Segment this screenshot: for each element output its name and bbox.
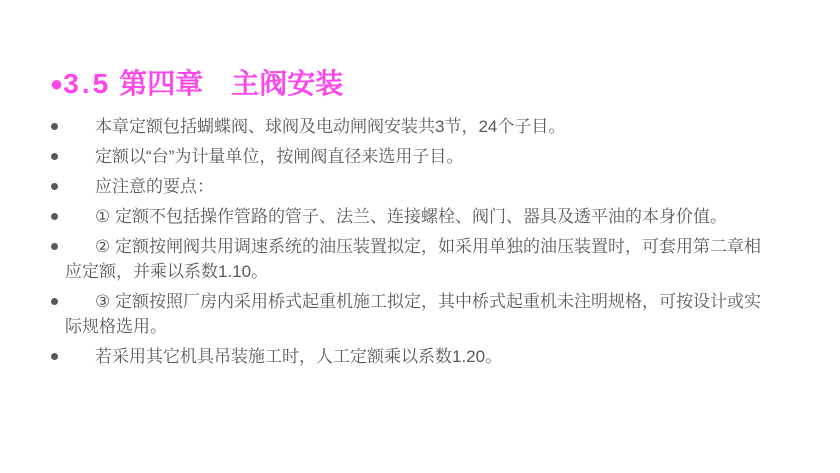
- bullet-dot-icon: [51, 183, 58, 190]
- bullet-dot-icon: [51, 298, 58, 305]
- bullet-item: ② 定额按闸阀共用调速系统的油压装置拟定，如采用单独的油压装置时，可套用第二章相…: [0, 234, 800, 284]
- bullet-text: ③ 定额按照厂房内采用桥式起重机施工拟定，其中桥式起重机未注明规格，可按设计或实…: [65, 292, 761, 336]
- bullet-list: 本章定额包括蝴蝶阀、球阀及电动闸阀安装共3节，24个子目。 定额以“台”为计量单…: [0, 114, 840, 369]
- title-bullet-icon: ●: [50, 71, 63, 96]
- bullet-text: 若采用其它机具吊装施工时，人工定额乘以系数1.20。: [95, 347, 502, 366]
- bullet-text: 本章定额包括蝴蝶阀、球阀及电动闸阀安装共3节，24个子目。: [95, 117, 565, 136]
- section-number: 3.5: [63, 68, 111, 99]
- bullet-item: ③ 定额按照厂房内采用桥式起重机施工拟定，其中桥式起重机未注明规格，可按设计或实…: [0, 289, 800, 339]
- title-text: 第四章 主阀安装: [119, 68, 343, 99]
- bullet-dot-icon: [51, 243, 58, 250]
- bullet-text: ① 定额不包括操作管路的管子、法兰、连接螺栓、阀门、器具及透平油的本身价值。: [95, 207, 727, 226]
- bullet-text: 应注意的要点：: [95, 177, 214, 196]
- slide-title: ●3.5第四章 主阀安装: [50, 68, 810, 100]
- bullet-dot-icon: [51, 353, 58, 360]
- bullet-item: 定额以“台”为计量单位，按闸阀直径来选用子目。: [0, 144, 800, 169]
- bullet-dot-icon: [51, 213, 58, 220]
- bullet-item: 若采用其它机具吊装施工时，人工定额乘以系数1.20。: [0, 344, 800, 369]
- presentation-slide: ●3.5第四章 主阀安装 本章定额包括蝴蝶阀、球阀及电动闸阀安装共3节，24个子…: [0, 0, 840, 473]
- bullet-item: 本章定额包括蝴蝶阀、球阀及电动闸阀安装共3节，24个子目。: [0, 114, 800, 139]
- bullet-dot-icon: [51, 153, 58, 160]
- bullet-item: ① 定额不包括操作管路的管子、法兰、连接螺栓、阀门、器具及透平油的本身价值。: [0, 204, 800, 229]
- bullet-text: ② 定额按闸阀共用调速系统的油压装置拟定，如采用单独的油压装置时，可套用第二章相…: [65, 237, 761, 281]
- bullet-dot-icon: [51, 123, 58, 130]
- bullet-item: 应注意的要点：: [0, 174, 800, 199]
- bullet-text: 定额以“台”为计量单位，按闸阀直径来选用子目。: [95, 147, 463, 166]
